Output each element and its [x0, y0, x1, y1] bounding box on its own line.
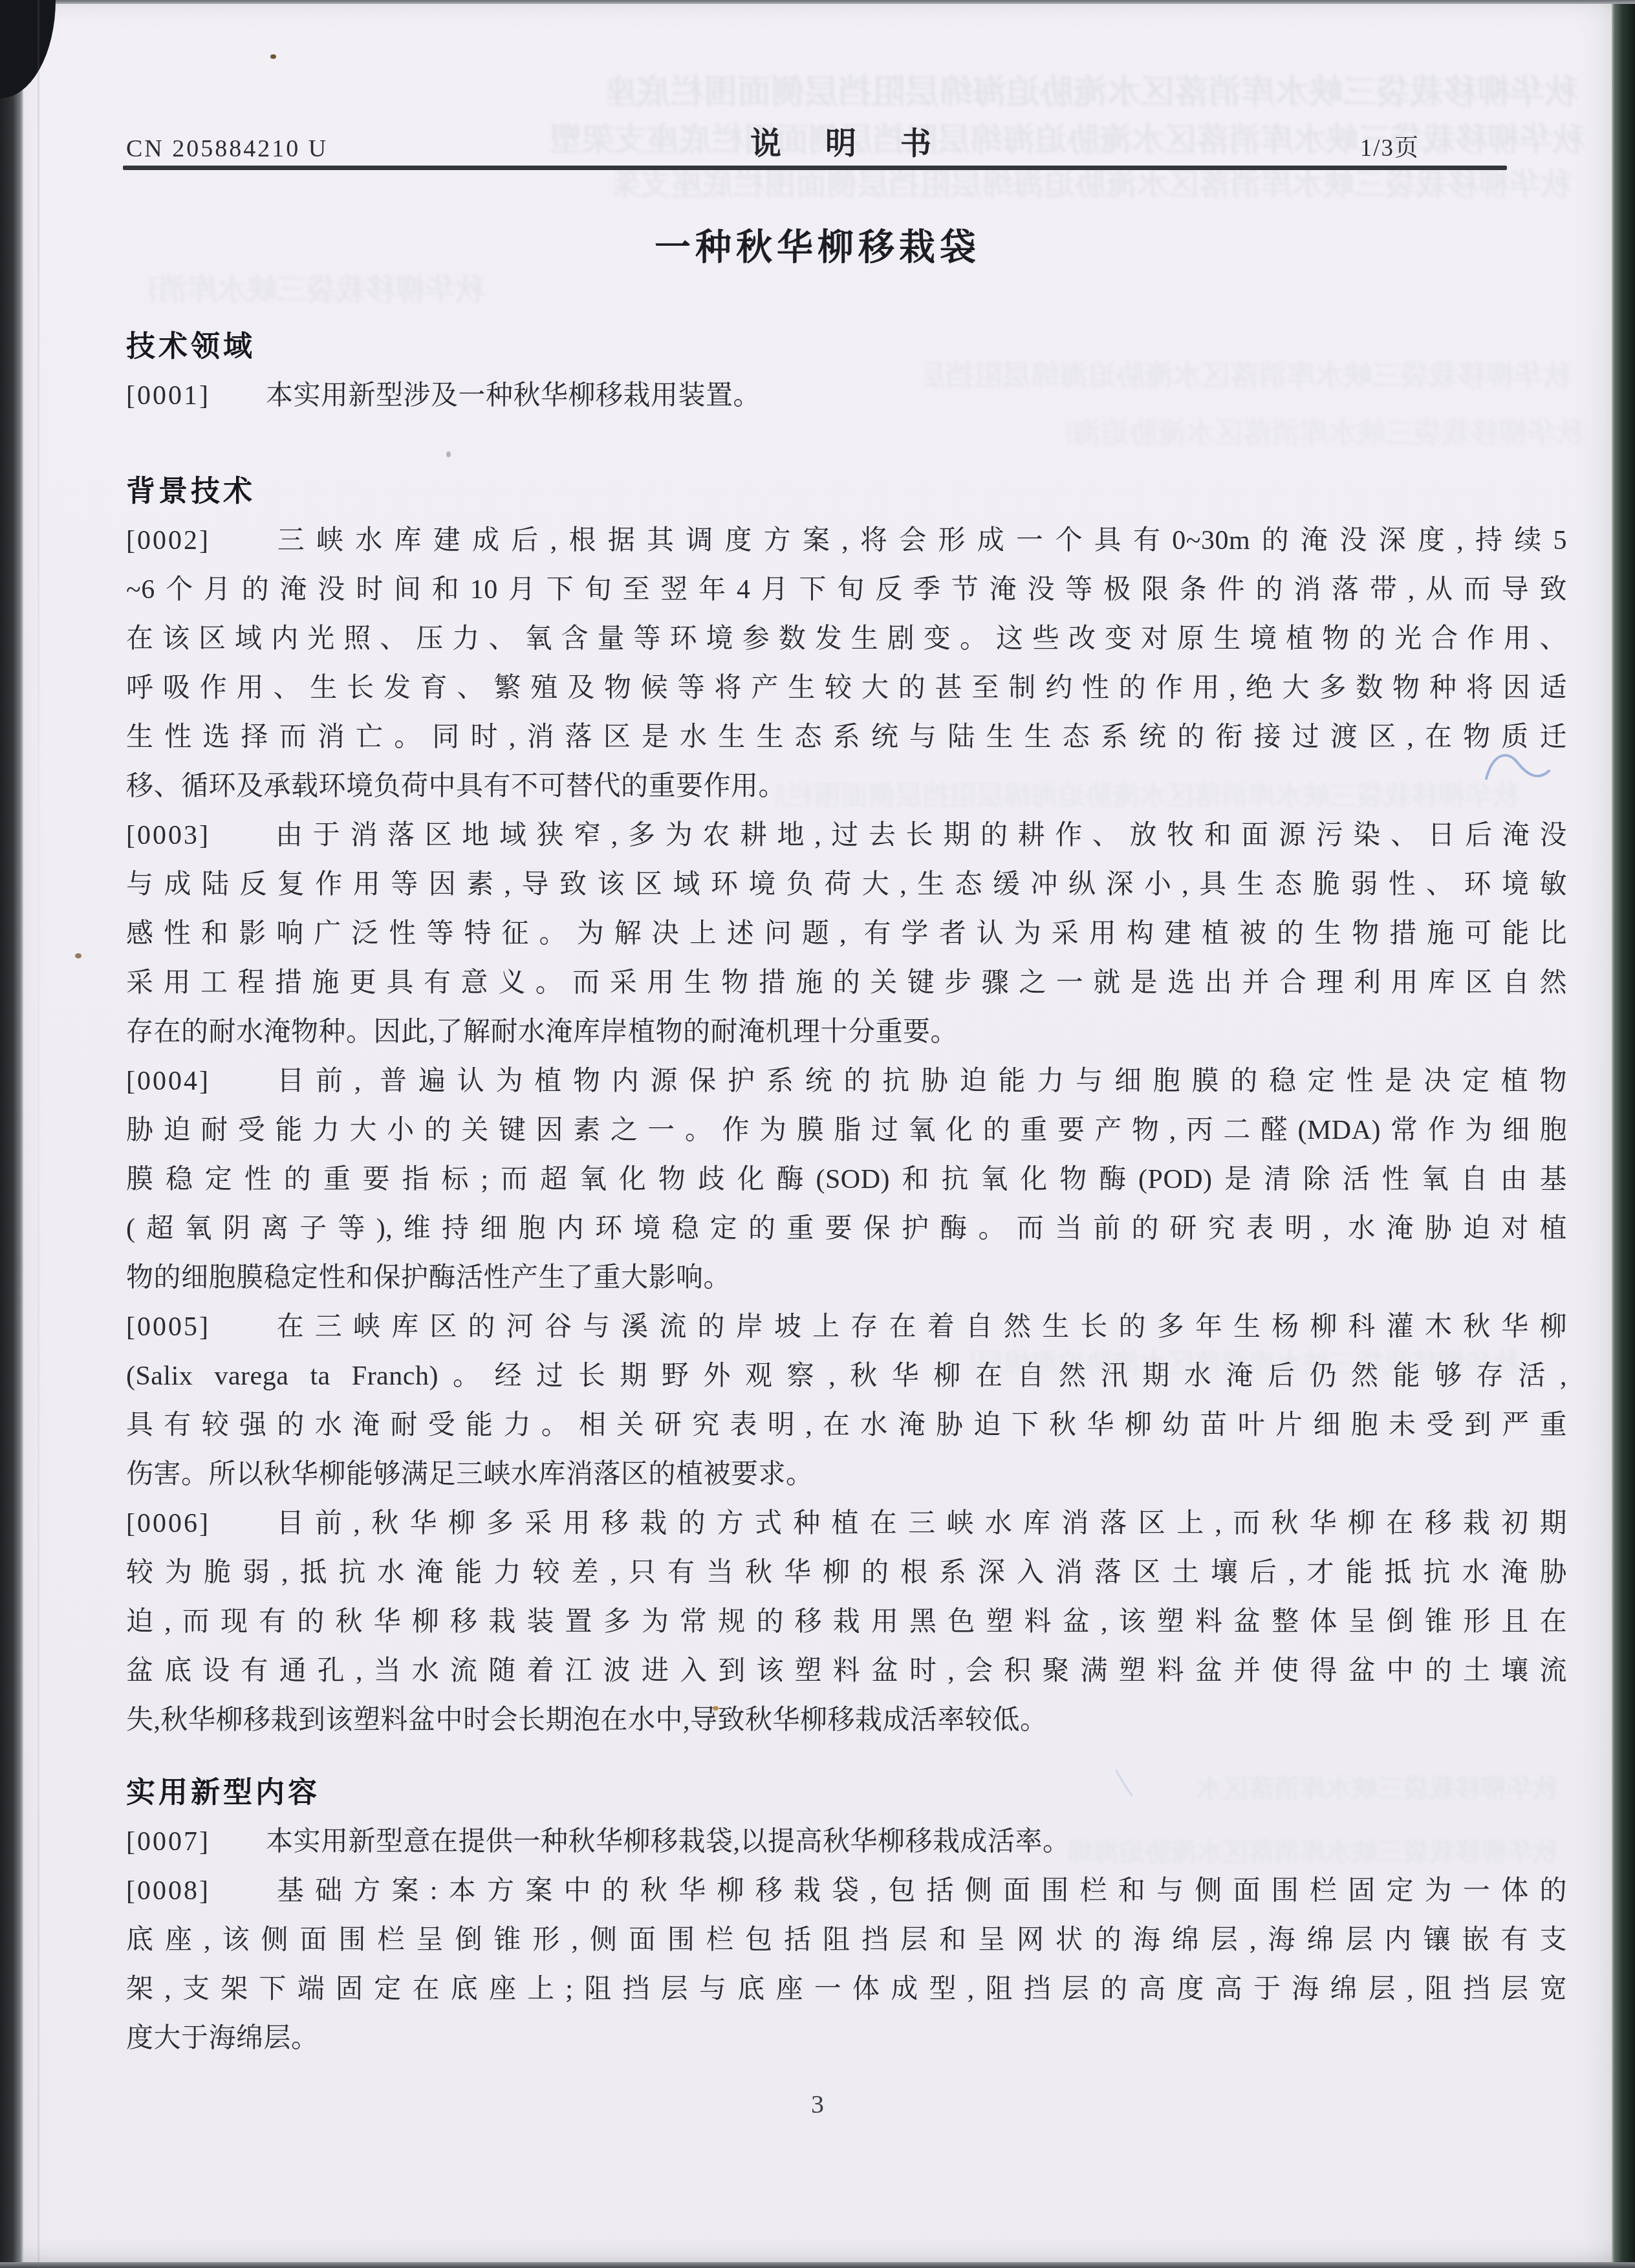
paragraph-line: 移、循环及承载环境负荷中具有不可替代的重要作用。 [126, 762, 1567, 811]
section-heading: 背景技术 [126, 467, 1567, 516]
paragraph-line: 盆底设有通孔,当水流随着江波进入到该塑料盆时,会积聚满塑料盆并使得盆中的土壤流 [126, 1647, 1567, 1696]
page-header: CN 205884210 U 说 明 书 1/3页 [126, 128, 1420, 163]
paragraph-text: 三峡水库建成后,根据其调度方案,将会形成一个具有0~30m的淹没深度,持续5 [266, 526, 1567, 556]
paragraph-line: (超氧阴离子等),维持细胞内环境稳定的重要保护酶。而当前的研究表明, 水淹胁迫对… [126, 1204, 1567, 1253]
paragraph-line: 与成陆反复作用等因素,导致该区域环境负荷大,生态缓冲纵深小,具生态脆弱性、环境敏 [126, 860, 1567, 909]
publication-number: CN 205884210 U [126, 135, 328, 163]
paragraph-first-line: [0006]目前,秋华柳多采用移栽的方式种植在三峡水库消落区上,而秋华柳在移栽初… [126, 1499, 1567, 1548]
paragraph-number: [0007] [126, 1827, 210, 1857]
paragraph-line: 膜稳定性的重要指标;而超氧化物歧化酶(SOD)和抗氧化物酶(POD)是清除活性氧… [126, 1155, 1567, 1204]
paragraph-first-line: [0008]基础方案:本方案中的秋华柳移栽袋,包括侧面围栏和与侧面围栏固定为一体… [126, 1866, 1567, 1916]
paragraph-line: 存在的耐水淹物种。因此,了解耐水淹库岸植物的耐淹机理十分重要。 [126, 1008, 1567, 1057]
scan-edge-top [0, 0, 1635, 4]
paragraph-line: 具有较强的水淹耐受能力。相关研究表明,在水淹胁迫下秋华柳幼苗叶片细胞未受到严重 [126, 1401, 1567, 1450]
paper-speck [446, 451, 451, 457]
paragraph-line: 架,支架下端固定在底座上;阻挡层与底座一体成型,阻挡层的高度高于海绵层,阻挡层宽 [126, 1965, 1567, 2014]
paragraph-line: 失,秋华柳移栽到该塑料盆中时会长期泡在水中,导致秋华柳移栽成活率较低。 [126, 1696, 1567, 1745]
paragraph-text: 目前, 普遍认为植物内源保护系统的抗胁迫能力与细胞膜的稳定性是决定植物 [266, 1066, 1567, 1096]
bleed-through-text: 秋华柳移栽袋三峡水库消落区水淹胁迫海绵层阻挡层侧面围栏底座支架塑料盆植物细胞膜稳… [149, 272, 485, 308]
paper-speck [75, 953, 81, 958]
paragraph-line: 物的细胞膜稳定性和保护酶活性产生了重大影响。 [126, 1253, 1567, 1302]
paragraph-line: 在该区域内光照、压力、氧含量等环境参数发生剧变。这些改变对原生境植物的光合作用、 [126, 614, 1567, 664]
page-number: 3 [0, 2089, 1635, 2119]
paragraph-first-line: [0001]本实用新型涉及一种秋华柳移栽用装置。 [126, 371, 1567, 420]
paragraph-line: 较为脆弱,抵抗水淹能力较差,只有当秋华柳的根系深入消落区土壤后,才能抵抗水淹胁 [126, 1548, 1567, 1597]
paragraph-text: 本实用新型涉及一种秋华柳移栽用装置。 [266, 381, 761, 411]
paragraph-line: 呼吸作用、生长发育、繁殖及物候等将产生较大的甚至制约性的作用,绝大多数物种将因适 [126, 664, 1567, 713]
paragraph-line: 迫,而现有的秋华柳移栽装置多为常规的移栽用黑色塑料盆,该塑料盆整体呈倒锥形且在 [126, 1597, 1567, 1647]
scanned-patent-page: 秋华柳移栽袋三峡水库消落区水淹胁迫海绵层阻挡层侧面围栏底座支架塑料盆植物细胞膜稳… [0, 0, 1635, 2268]
scan-edge-bottom [0, 2262, 1635, 2268]
paper-speck [713, 1706, 719, 1711]
document-body: 技术领域[0001]本实用新型涉及一种秋华柳移栽用装置。背景技术[0002]三峡… [126, 322, 1567, 2063]
paragraph-line: 伤害。所以秋华柳能够满足三峡水库消落区的植被要求。 [126, 1450, 1567, 1499]
section-heading: 实用新型内容 [126, 1768, 1567, 1817]
scan-edge-left [0, 0, 23, 2268]
paragraph-first-line: [0003]由于消落区地域狭窄,多为农耕地,过去长期的耕作、放牧和面源污染、日后… [126, 811, 1567, 860]
bleed-through-text: 秋华柳移栽袋三峡水库消落区水淹胁迫海绵层阻挡层侧面围栏底座支架塑料盆植物细胞膜稳… [614, 167, 1572, 203]
scan-corner-mark [0, 0, 56, 98]
paragraph-line: (Salix varega ta Franch)。经过长期野外观察,秋华柳在自然… [126, 1352, 1567, 1401]
paragraph-first-line: [0004]目前, 普遍认为植物内源保护系统的抗胁迫能力与细胞膜的稳定性是决定植… [126, 1057, 1567, 1106]
document-type: 说 明 书 [750, 118, 938, 163]
section-heading: 技术领域 [126, 322, 1567, 371]
paper-crease [38, 0, 39, 2268]
paragraph-line: 胁迫耐受能力大小的关键因素之一。作为膜脂过氧化的重要产物,丙二醛(MDA)常作为… [126, 1106, 1567, 1155]
paragraph-first-line: [0002]三峡水库建成后,根据其调度方案,将会形成一个具有0~30m的淹没深度… [126, 516, 1567, 565]
paragraph-first-line: [0005]在三峡库区的河谷与溪流的岸坡上存在着自然生长的多年生杨柳科灌木秋华柳 [126, 1302, 1567, 1352]
paragraph-number: [0008] [126, 1876, 210, 1906]
paragraph-first-line: [0007]本实用新型意在提供一种秋华柳移栽袋,以提高秋华柳移栽成活率。 [126, 1817, 1567, 1866]
scan-edge-right [1612, 0, 1635, 2268]
paragraph-line: 采用工程措施更具有意义。而采用生物措施的关键步骤之一就是选出并合理利用库区自然 [126, 958, 1567, 1008]
paragraph-line: 底座,该侧面围栏呈倒锥形,侧面围栏包括阻挡层和呈网状的海绵层,海绵层内镶嵌有支 [126, 1916, 1567, 1965]
paragraph-number: [0002] [126, 526, 210, 556]
paragraph-number: [0006] [126, 1509, 210, 1539]
paragraph-number: [0001] [126, 381, 210, 411]
paragraph-number: [0005] [126, 1312, 210, 1342]
paragraph-line: 生性选择而消亡。同时,消落区是水生生态系统与陆生生态系统的衔接过渡区,在物质迁 [126, 713, 1567, 762]
paragraph-text: 基础方案:本方案中的秋华柳移栽袋,包括侧面围栏和与侧面围栏固定为一体的 [266, 1876, 1567, 1906]
header-rule [123, 166, 1507, 170]
paragraph-line: 感性和影响广泛性等特征。为解决上述问题, 有学者认为采用构建植被的生物措施可能比 [126, 909, 1567, 958]
invention-title: 一种秋华柳移栽袋 [0, 219, 1635, 270]
page-indicator: 1/3页 [1360, 128, 1420, 163]
paragraph-line: 度大于海绵层。 [126, 2014, 1567, 2063]
paragraph-text: 在三峡库区的河谷与溪流的岸坡上存在着自然生长的多年生杨柳科灌木秋华柳 [266, 1312, 1567, 1342]
paragraph-text: 本实用新型意在提供一种秋华柳移栽袋,以提高秋华柳移栽成活率。 [266, 1827, 1070, 1857]
paper-speck [270, 54, 276, 59]
paragraph-number: [0004] [126, 1066, 210, 1096]
paragraph-text: 目前,秋华柳多采用移栽的方式种植在三峡水库消落区上,而秋华柳在移栽初期 [266, 1509, 1567, 1539]
paragraph-number: [0003] [126, 821, 210, 850]
paragraph-text: 由于消落区地域狭窄,多为农耕地,过去长期的耕作、放牧和面源污染、日后淹没 [266, 821, 1567, 850]
paragraph-line: ~6个月的淹没时间和10月下旬至翌年4月下旬反季节淹没等极限条件的消落带,从而导… [126, 565, 1567, 614]
bleed-through-text: 秋华柳移栽袋三峡水库消落区水淹胁迫海绵层阻挡层侧面围栏底座支架塑料盆植物细胞膜稳… [608, 72, 1578, 114]
